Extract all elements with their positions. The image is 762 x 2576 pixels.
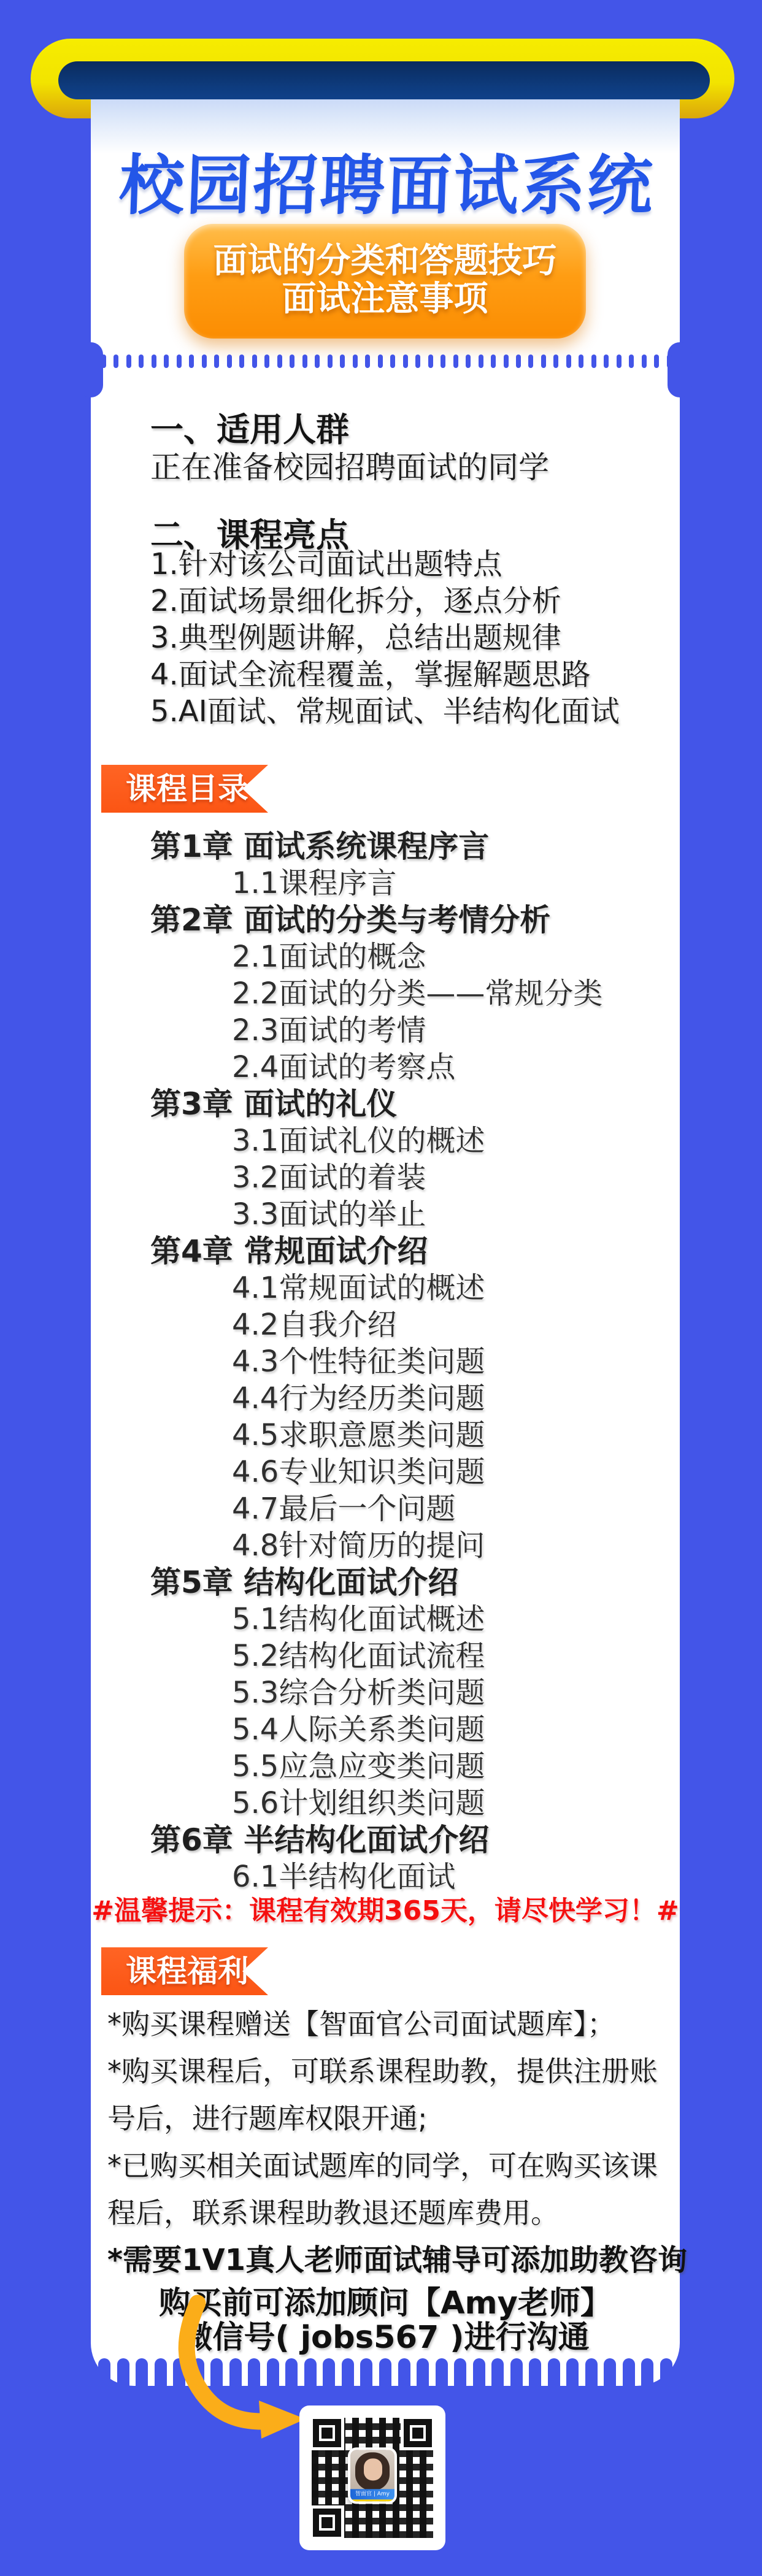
catalog-row: 第2章 面试的分类与考情分析: [91, 902, 680, 938]
qr-finder-top-right: [404, 2419, 432, 2447]
catalog-row: 5.2结构化面试流程: [91, 1638, 680, 1674]
catalog-row: 第6章 半结构化面试介绍: [91, 1822, 680, 1858]
poster-page: 校园招聘面试系统课 面试的分类和答题技巧 面试注意事项 一、适用人群 正在准备校…: [0, 0, 762, 2576]
catalog-row: 2.1面试的概念: [91, 938, 680, 975]
validity-notice: #温馨提示：课程有效期365天，请尽快学习！#: [91, 1894, 680, 1928]
avatar-name-banner: 智面官 | Amy: [350, 2489, 394, 2501]
highlight-item: 5.AI面试、常规面试、半结构化面试: [150, 693, 620, 730]
catalog-row: 5.3综合分析类问题: [91, 1674, 680, 1711]
catalog-row: 5.1结构化面试概述: [91, 1601, 680, 1638]
catalog-row: 3.2面试的着装: [91, 1159, 680, 1196]
catalog-row: 3.1面试礼仪的概述: [91, 1122, 680, 1159]
avatar-face: [364, 2458, 382, 2480]
catalog-row: 2.2面试的分类——常规分类: [91, 975, 680, 1012]
catalog-row: 3.3面试的举止: [91, 1196, 680, 1233]
audience-body: 正在准备校园招聘面试的同学: [150, 443, 549, 487]
catalog-row: 4.1常规面试的概述: [91, 1270, 680, 1306]
catalog-row: 第3章 面试的礼仪: [91, 1086, 680, 1122]
catalog-row: 4.4行为经历类问题: [91, 1380, 680, 1417]
highlights-list: 1.针对该公司面试出题特点2.面试场景细化拆分，逐点分析3.典型例题讲解，总结出…: [150, 546, 620, 730]
ticket-notch-left: [79, 342, 103, 397]
wechat-qr-code[interactable]: 智面官 | Amy: [299, 2405, 445, 2550]
arrow-to-qr-icon: [117, 2226, 319, 2447]
catalog-row: 5.4人际关系类问题: [91, 1711, 680, 1748]
benefit-line: *购买课程赠送【智面官公司面试题库】；: [107, 2001, 681, 2048]
catalog-row: 5.5应急应变类问题: [91, 1748, 680, 1785]
highlight-item: 1.针对该公司面试出题特点: [150, 546, 620, 583]
catalog-row: 1.1课程序言: [91, 865, 680, 902]
hero-subtitle-line1: 面试的分类和答题技巧: [184, 242, 586, 280]
catalog-row: 5.6计划组织类问题: [91, 1785, 680, 1822]
catalog-list: 第1章 面试系统课程序言1.1课程序言第2章 面试的分类与考情分析2.1面试的概…: [91, 828, 680, 1895]
catalog-row: 第4章 常规面试介绍: [91, 1233, 680, 1270]
benefit-line: *购买课程后，可联系课程助教，提供注册账: [107, 2048, 681, 2095]
hero-subtitle-badge: 面试的分类和答题技巧 面试注意事项: [184, 224, 586, 339]
catalog-row: 4.2自我介绍: [91, 1306, 680, 1343]
benefit-line: *已购买相关面试题库的同学，可在购买该课: [107, 2142, 681, 2190]
qr-finder-top-left: [313, 2419, 341, 2447]
catalog-row: 第1章 面试系统课程序言: [91, 828, 680, 865]
qr-finder-bottom-left: [313, 2509, 341, 2537]
benefit-line: 号后，进行题库权限开通;: [107, 2095, 681, 2142]
catalog-row: 4.6专业知识类问题: [91, 1454, 680, 1490]
highlight-item: 2.面试场景细化拆分，逐点分析: [150, 583, 620, 619]
roller-bar-navy: [58, 61, 710, 99]
catalog-row: 2.3面试的考情: [91, 1012, 680, 1049]
perforation-dots: [101, 355, 672, 368]
ticket-notch-right: [668, 342, 692, 397]
highlight-item: 3.典型例题讲解，总结出题规律: [150, 619, 620, 656]
highlight-item: 4.面试全流程覆盖，掌握解题思路: [150, 656, 620, 693]
catalog-row: 第5章 结构化面试介绍: [91, 1564, 680, 1601]
catalog-row: 4.7最后一个问题: [91, 1490, 680, 1527]
hero-subtitle-line2: 面试注意事项: [184, 280, 586, 318]
qr-center-avatar: 智面官 | Amy: [348, 2447, 397, 2504]
catalog-row: 4.5求职意愿类问题: [91, 1417, 680, 1454]
catalog-row: 4.3个性特征类问题: [91, 1343, 680, 1380]
catalog-row: 6.1半结构化面试: [91, 1858, 680, 1895]
catalog-row: 4.8针对简历的提问: [91, 1527, 680, 1564]
catalog-row: 2.4面试的考察点: [91, 1049, 680, 1086]
